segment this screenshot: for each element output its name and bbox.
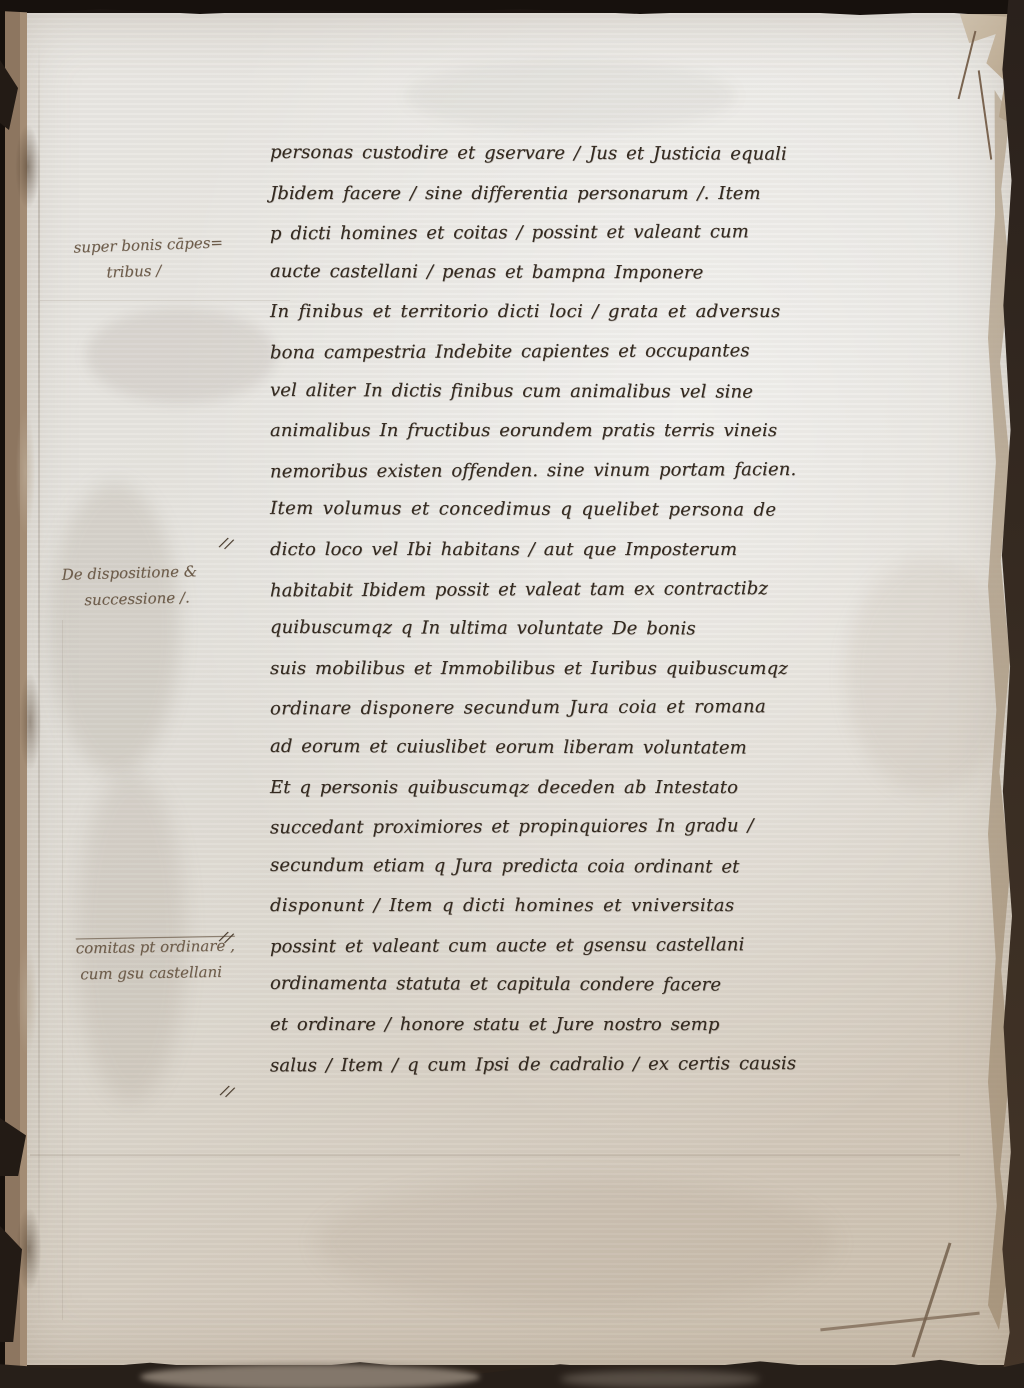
margin-note-line: tribus / <box>106 255 224 285</box>
body-line: ordinare disponere secundum Jura coia et… <box>270 687 890 729</box>
body-line: secundum etiam q Jura predicta coia ordi… <box>270 846 890 888</box>
body-line: dicto loco vel Ibi habitans / aut que Im… <box>270 530 890 570</box>
body-line: ad eorum et cuiuslibet eorum liberam vol… <box>270 727 890 769</box>
body-line: quibuscumqz q In ultima voluntate De bon… <box>270 608 890 650</box>
margin-note-campestribus: super bonis cāpes= tribus / <box>73 229 224 286</box>
margin-note-line: super bonis cāpes= <box>73 233 223 256</box>
body-line: Et q personis quibuscumqz deceden ab Int… <box>270 768 890 808</box>
margin-note-line: successione /. <box>84 584 198 613</box>
binding-edge <box>0 0 30 1388</box>
body-line: disponunt / Item q dicti homines et vniv… <box>270 886 890 926</box>
body-line: salus / Item / q cum Ipsi de cadralio / … <box>270 1043 890 1085</box>
body-line: vel aliter In dictis finibus cum animali… <box>270 370 890 412</box>
body-line: aucte castellani / penas et bampna Impon… <box>270 252 890 294</box>
body-line: habitabit Ibidem possit et valeat tam ex… <box>270 568 890 610</box>
margin-note-line: cum gsu castellani <box>80 959 236 988</box>
paper-stain <box>86 308 276 403</box>
body-line: bona campestria Indebite capientes et oc… <box>270 331 890 373</box>
margin-note-line: De dispositione & <box>61 562 197 584</box>
background-surface <box>140 1364 480 1388</box>
body-line: possint et valeant cum aucte et gsensu c… <box>270 925 890 967</box>
margin-note-ordinare: comitas pt ordinare , cum gsu castellani <box>76 933 236 988</box>
body-line: succedant proximiores et propinquiores I… <box>270 806 890 848</box>
body-line: et ordinare / honore statu et Jure nostr… <box>270 1005 890 1045</box>
margin-note-line: comitas pt ordinare , <box>76 937 235 958</box>
body-text: personas custodire et gservare / Jus et … <box>270 134 890 1084</box>
margin-note-dispositione: De dispositione & successione /. <box>61 558 198 614</box>
body-line: animalibus In fructibus eorundem pratis … <box>270 411 890 451</box>
body-line: p dicti homines et coitas / possint et v… <box>270 212 890 254</box>
body-line: personas custodire et gservare / Jus et … <box>270 133 890 175</box>
manuscript-photo: personas custodire et gservare / Jus et … <box>0 0 1024 1388</box>
body-line: Jbidem facere / sine differentia persona… <box>270 174 890 214</box>
paper-stain <box>50 483 180 773</box>
body-line: suis mobilibus et Immobilibus et Iuribus… <box>270 649 890 689</box>
body-line: In finibus et territorio dicti loci / gr… <box>270 292 890 332</box>
body-line: Item volumus et concedimus q quelibet pe… <box>270 489 890 531</box>
body-line: nemoribus existen offenden. sine vinum p… <box>270 449 890 491</box>
paper-stain <box>316 1178 836 1308</box>
body-line: ordinamenta statuta et capitula condere … <box>270 964 890 1006</box>
paper-stain <box>406 61 736 131</box>
background-surface <box>560 1370 760 1388</box>
